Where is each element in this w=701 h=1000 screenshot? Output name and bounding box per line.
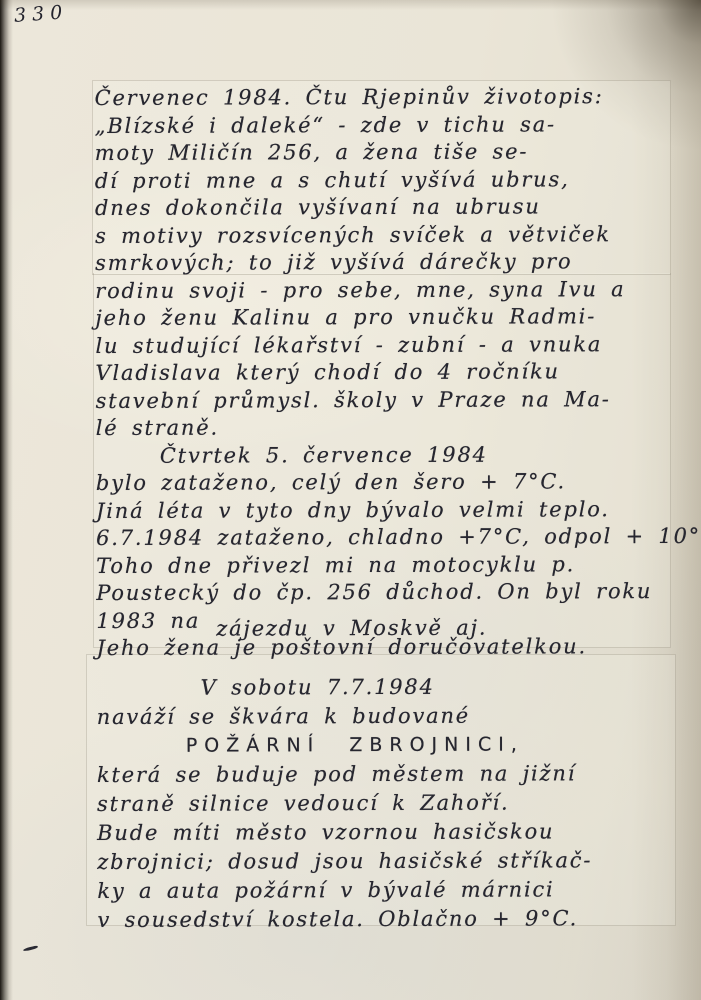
handwriting-line: straně silnice vedoucí k Zahoří.: [97, 787, 672, 818]
stray-ink-mark: [23, 945, 38, 952]
handwriting-line: s motivy rozsvícených svíček a větviček: [95, 220, 670, 250]
line-1983-prefix: 1983 na: [96, 608, 200, 632]
handwriting-line: „Blízské i daleké“ - zde v tichu sa-: [95, 110, 670, 140]
capitals-line-fire-station: POŽÁRNÍ ZBROJNICI,: [186, 729, 672, 760]
entry-saturday-7-july-1984: V sobotu 7.7.1984 naváží se škvára k bud…: [97, 671, 673, 934]
handwriting-line: dnes dokončila vyšívaní na ubrusu: [95, 193, 670, 223]
handwriting-line: která se buduje pod městem na jižní: [97, 758, 672, 789]
handwriting-line: stavební průmysl. školy v Praze na Ma-: [96, 385, 671, 415]
entry-thursday-5-july-1984: Čtvrtek 5. července 1984 bylo zataženo, …: [96, 440, 672, 662]
handwriting-line: smrkových; to již vyšívá dárečky pro: [95, 248, 670, 278]
handwritten-text: Červenec 1984. Čtu Rjepinův životopis: „…: [95, 83, 673, 935]
handwriting-line: 6.7.1984 zataženo, chladno +7°C, odpol +…: [96, 523, 671, 553]
handwriting-line: bylo zataženo, celý den šero + 7°C.: [96, 468, 671, 498]
handwriting-line: Červenec 1984. Čtu Rjepinův životopis:: [95, 83, 670, 113]
chronicle-page: 330 Červenec 1984. Čtu Rjepinův životopi…: [0, 0, 701, 1000]
handwriting-line: Bude míti město vzornou hasičskou: [97, 816, 672, 847]
entry-heading-date: V sobotu 7.7.1984: [201, 671, 672, 702]
handwriting-line: lé straně.: [96, 413, 671, 443]
photo-backdrop: 330 Červenec 1984. Čtu Rjepinův životopi…: [0, 0, 701, 1000]
line-1983-suffix: zájezdu v Moskvě aj.: [216, 614, 487, 642]
handwriting-line: rodinu svoji - pro sebe, mne, syna Ivu a: [95, 275, 670, 305]
handwriting-line: Toho dne přivezl mi na motocyklu p.: [96, 550, 671, 580]
handwriting-line: v sousedství kostela. Oblačno + 9°C.: [97, 903, 672, 934]
handwriting-line: moty Miličín 256, a žena tiše se-: [95, 138, 670, 168]
handwriting-line: Poustecký do čp. 256 důchod. On byl roku: [96, 578, 671, 608]
handwriting-line: zbrojnici; dosud jsou hasičské stříkač-: [97, 845, 672, 876]
handwriting-line: dí proti mne a s chutí vyšívá ubrus,: [95, 165, 670, 195]
page-number: 330: [13, 1, 69, 27]
handwriting-line: naváží se škvára k budované: [97, 700, 672, 731]
handwriting-line-offset: 1983 nazájezdu v Moskvě aj.: [96, 605, 671, 635]
entry-heading-date: Čtvrtek 5. července 1984: [160, 440, 671, 469]
handwriting-line: ky a auta požární v bývalé márnici: [97, 874, 672, 905]
handwriting-line: lu studující lékařství - zubní - a vnuka: [95, 330, 670, 360]
entry-july-1984: Červenec 1984. Čtu Rjepinův životopis: „…: [95, 83, 671, 443]
handwriting-line: Vladislava který chodí do 4 ročníku: [95, 358, 670, 388]
handwriting-line: jeho ženu Kalinu a pro vnučku Radmi-: [95, 303, 670, 333]
handwriting-line: Jiná léta v tyto dny bývalo velmi teplo.: [96, 495, 671, 525]
